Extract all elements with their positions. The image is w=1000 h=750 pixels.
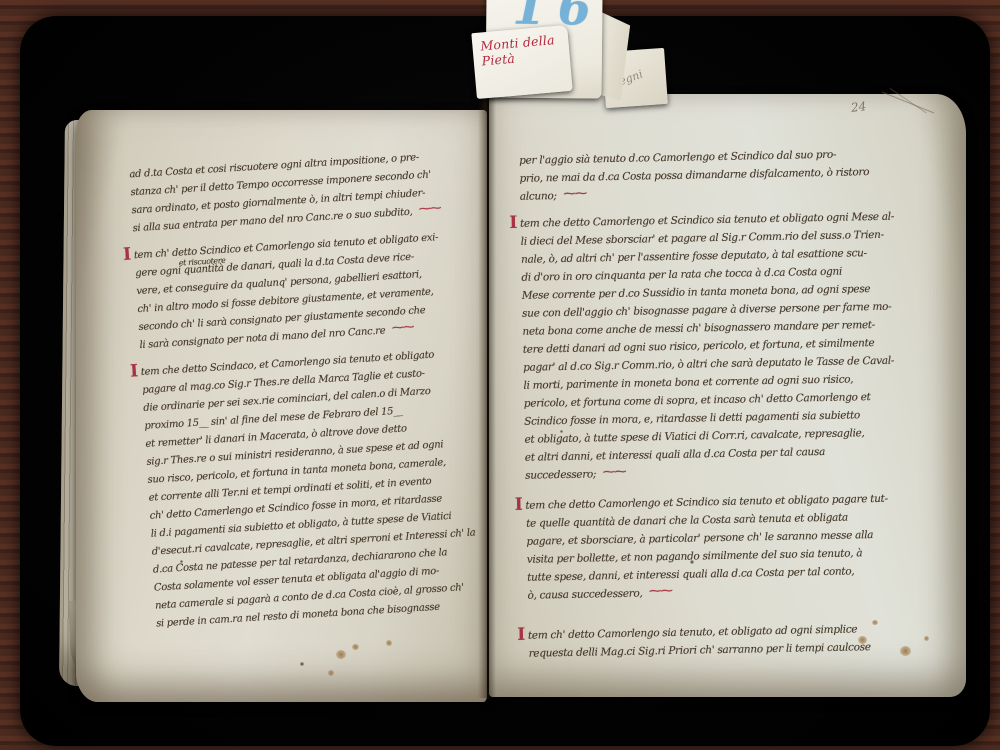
red-ink-flourish: ∼∼ xyxy=(390,319,413,338)
folio-number: 24 xyxy=(850,99,867,115)
red-ink-flourish: ∼∼ xyxy=(648,582,671,600)
line-text: tutte spese, danni, et interessi quali a… xyxy=(527,565,854,583)
manuscript-paragraph: Item che detto Camorlengo et Scindico si… xyxy=(515,489,929,605)
red-ink-flourish: ∼∼ xyxy=(417,200,440,219)
rubricated-initial: I xyxy=(515,500,523,510)
foxing-stain xyxy=(900,646,911,656)
foxing-stain xyxy=(386,640,392,646)
line-text: requesta delli Mag.ci Sig.ri Priori ch' … xyxy=(529,641,871,660)
foxing-stain xyxy=(924,636,929,641)
manuscript-paragraph: Item che detto Camorlengo et Scindico si… xyxy=(509,207,926,485)
right-page-text: per l'aggio sià tenuto d.co Camorlengo e… xyxy=(508,144,930,672)
collection-label-slip: Monti della Pietà xyxy=(471,25,572,99)
foxing-stain xyxy=(872,620,878,625)
line-text: et altri danni, et interessi quali alla … xyxy=(525,446,825,464)
rubricated-initial: I xyxy=(123,249,131,259)
manuscript-paragraph: per l'aggio sià tenuto d.co Camorlengo e… xyxy=(508,144,921,206)
line-text: alcuno; xyxy=(520,190,557,203)
manuscript-line: alcuno;∼∼ xyxy=(520,180,921,206)
manuscript-paragraph: Item ch' detto Scindico et Camorlengo si… xyxy=(123,227,474,355)
ink-speck xyxy=(560,430,563,433)
foxing-stain xyxy=(858,636,867,644)
foxing-stain xyxy=(352,644,359,650)
line-text: succedessero; xyxy=(525,468,596,481)
manuscript-photo: 24 ad d.ta Costa et cosi riscuotere ogni… xyxy=(0,0,1000,750)
red-ink-flourish: ∼∼ xyxy=(562,185,585,203)
foxing-stain xyxy=(336,650,346,659)
manuscript-paragraph: Item che detto Scindaco, et Camorlengo s… xyxy=(130,344,490,634)
rubricated-initial: I xyxy=(509,218,517,228)
ink-speck xyxy=(690,560,694,564)
line-text: prio, ne mai da d.ca Costa possa dimanda… xyxy=(519,166,869,185)
rubricated-initial: I xyxy=(517,630,525,640)
ink-speck xyxy=(180,560,183,563)
left-page-text: ad d.ta Costa et cosi riscuotere ogni al… xyxy=(118,147,491,644)
manuscript-paragraph: Item ch' detto Camorlengo sia tenuto, et… xyxy=(517,619,930,663)
rubricated-initial: I xyxy=(130,366,138,376)
interlinear-insertion: et riscuotere xyxy=(178,252,226,273)
foxing-stain xyxy=(328,670,334,676)
line-text: ò, causa succedessero, xyxy=(527,587,642,601)
red-ink-flourish: ∼∼ xyxy=(601,463,624,481)
ink-speck xyxy=(300,662,304,666)
